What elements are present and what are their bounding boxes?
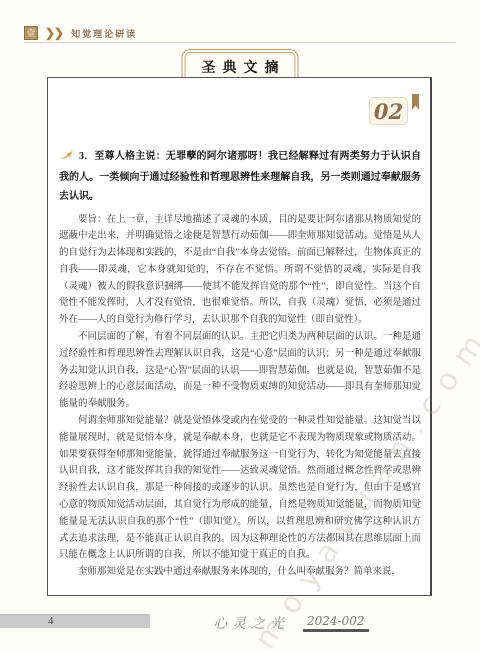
journal-name: 心灵之光 (213, 613, 289, 633)
bookmark-ribbon-icon (412, 94, 419, 110)
arrow-flourish-icon (59, 148, 75, 168)
footer-page-bar (0, 614, 150, 628)
body-paragraph: 要旨：在上一章，主详尽地描述了灵魂的本质，目的是要让阿尔诸那从物质知觉的遮蔽中走… (59, 212, 421, 330)
issue-number: 2024-002 (303, 614, 369, 632)
header-divider (24, 42, 456, 43)
content-frame: 02 3．至尊人格主说：无罪孽的阿尔诸那呀！我已经解释过有两类努力于认识自我的人… (47, 77, 432, 596)
body-paragraph: 不同层面的了解，有着不同层面的认识。主把它归类为两种层面的认识。一种是通过经验性… (59, 329, 421, 413)
verse-number: 02 (374, 99, 403, 124)
double-chevron-icon: ❯❯ (45, 26, 63, 40)
verse-quote-text: 3．至尊人格主说：无罪孽的阿尔诸那呀！我已经解释过有两类努力于认识自我的人。一类… (59, 151, 421, 202)
body-paragraph: 奎师那知觉是在实践中通过奉献服务来体现的，什么叫奉献服务？简单来说， (59, 564, 421, 581)
body-paragraph: 何谓奎师那知觉能量？就是觉悟体受或内在觉受的一种灵性知觉能量。这知觉当以能量展现… (59, 413, 421, 564)
page-number: 4 (48, 614, 54, 628)
section-title: 圣典文摘 (202, 61, 286, 76)
running-head-title: 知觉理论研读 (71, 27, 137, 40)
verse-number-badge: 02 (369, 97, 408, 125)
chapter-number-badge: 壹 (24, 26, 38, 40)
verse-quote: 3．至尊人格主说：无罪孽的阿尔诸那呀！我已经解释过有两类努力于认识自我的人。一类… (59, 147, 421, 207)
page-header: 壹 ❯❯ 知觉理论研读 (24, 24, 456, 42)
